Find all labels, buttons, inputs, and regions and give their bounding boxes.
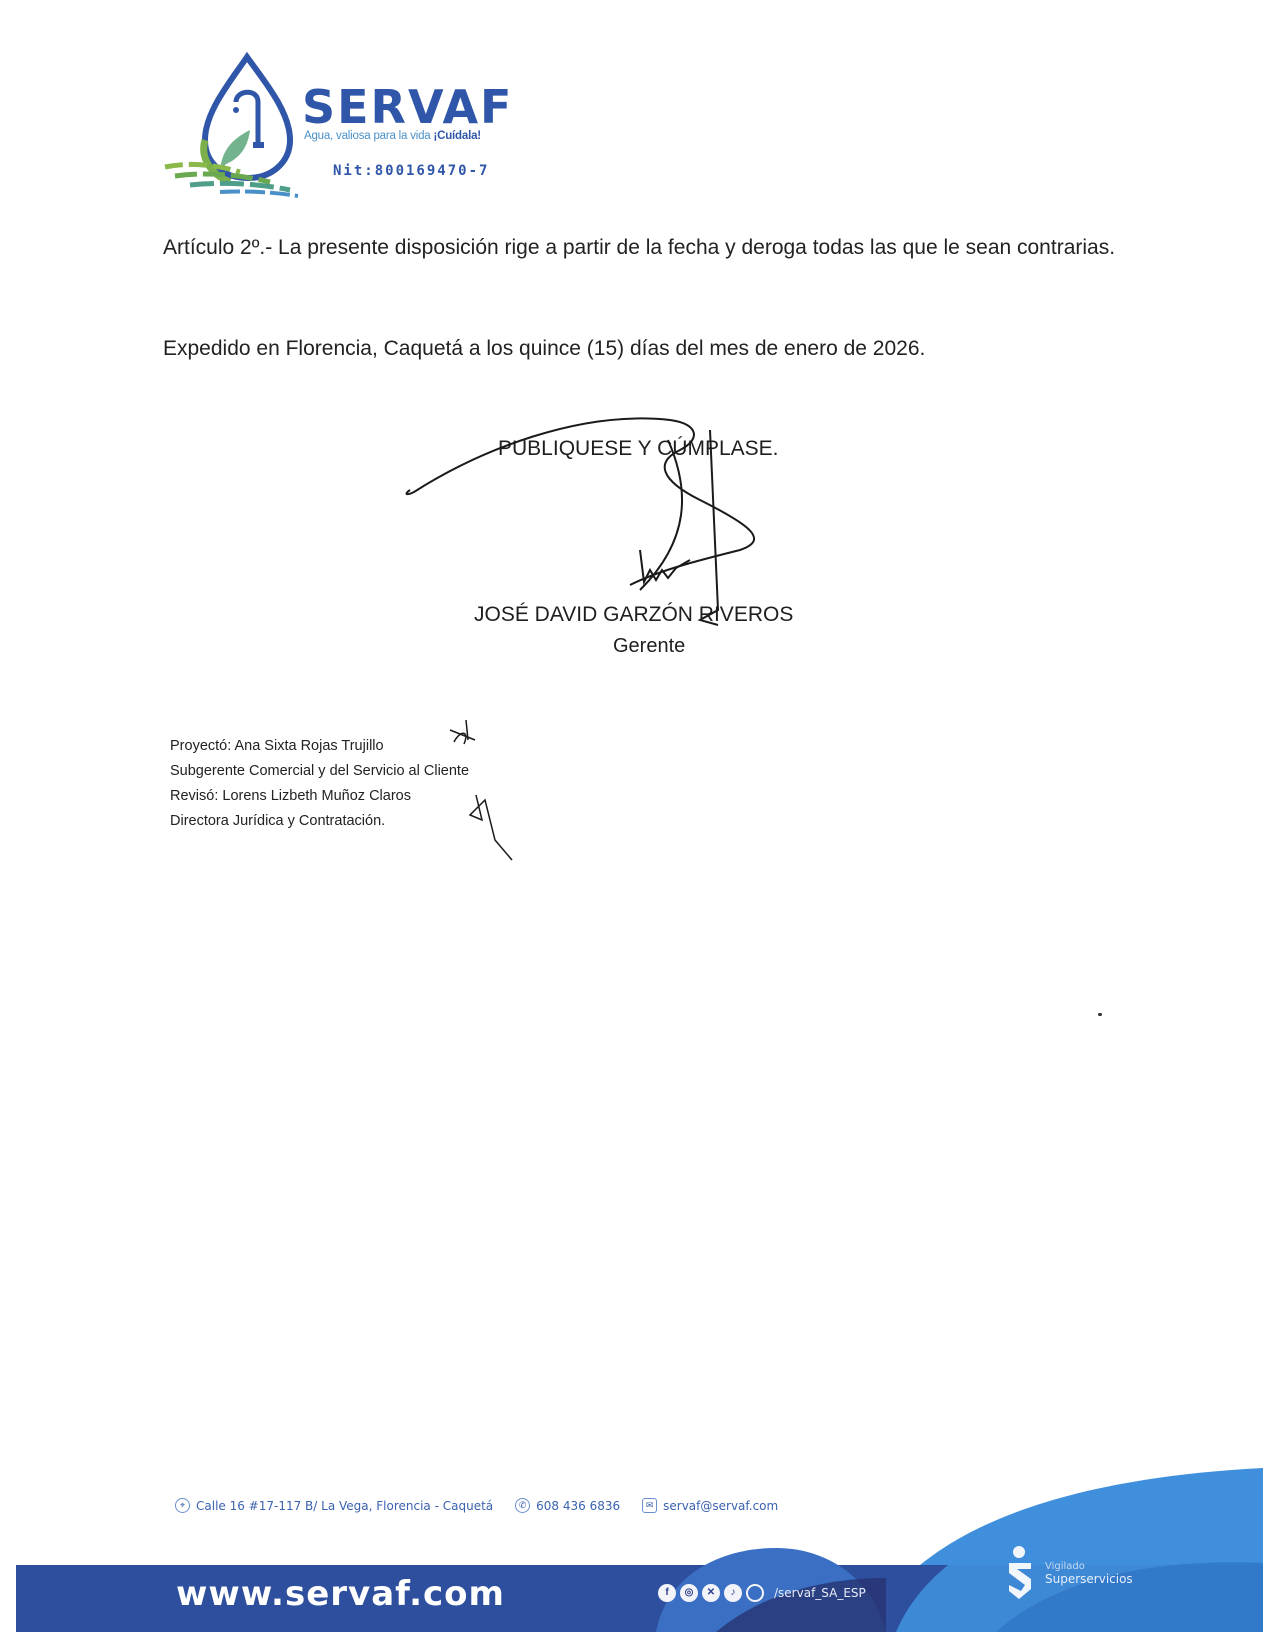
facebook-icon[interactable]: f bbox=[658, 1584, 676, 1602]
credit-line: Directora Jurídica y Contratación. bbox=[170, 809, 469, 834]
initials-scribble bbox=[440, 700, 540, 850]
footer-phone[interactable]: 608 436 6836 bbox=[536, 1499, 620, 1513]
footer-website-link[interactable]: www.servaf.com bbox=[176, 1574, 505, 1614]
youtube-icon[interactable] bbox=[746, 1584, 764, 1602]
brand-tagline: Agua, valiosa para la vida ¡Cuídala! bbox=[304, 130, 481, 142]
credit-line: Proyectó: Ana Sixta Rojas Trujillo bbox=[170, 734, 469, 759]
mail-icon: ✉ bbox=[642, 1498, 657, 1513]
credit-line: Revisó: Lorens Lizbeth Muñoz Claros bbox=[170, 784, 469, 809]
scan-speck bbox=[1098, 1013, 1102, 1016]
document-credits: Proyectó: Ana Sixta Rojas Trujillo Subge… bbox=[170, 734, 469, 834]
article-paragraph: Artículo 2º.- La presente disposición ri… bbox=[163, 230, 1163, 266]
footer-email[interactable]: servaf@servaf.com bbox=[663, 1499, 778, 1513]
vigilado-org: Superservicios bbox=[1045, 1573, 1133, 1586]
social-handle[interactable]: /servaf_SA_ESP bbox=[774, 1586, 866, 1600]
superservicios-logo-icon bbox=[1005, 1545, 1037, 1601]
location-pin-icon: ⌖ bbox=[175, 1498, 190, 1513]
instagram-icon[interactable]: ◎ bbox=[680, 1584, 698, 1602]
vigilado-superservicios-badge: Vigilado Superservicios bbox=[1005, 1545, 1133, 1601]
brand-name: SERVAF bbox=[302, 82, 513, 132]
issued-paragraph: Expedido en Florencia, Caquetá a los qui… bbox=[163, 331, 1163, 367]
tiktok-icon[interactable]: ♪ bbox=[724, 1584, 742, 1602]
footer-contact-line: ⌖ Calle 16 #17-117 B/ La Vega, Florencia… bbox=[175, 1498, 778, 1513]
footer-address: Calle 16 #17-117 B/ La Vega, Florencia -… bbox=[196, 1499, 493, 1513]
tagline-text: Agua, valiosa para la vida bbox=[304, 130, 434, 142]
signer-name: JOSÉ DAVID GARZÓN RIVEROS bbox=[474, 603, 793, 627]
footer-social-links: f ◎ ✕ ♪ /servaf_SA_ESP bbox=[658, 1584, 866, 1602]
tagline-emphasis: ¡Cuídala! bbox=[434, 130, 481, 142]
credit-line: Subgerente Comercial y del Servicio al C… bbox=[170, 759, 469, 784]
water-drop-icon bbox=[205, 57, 290, 178]
vigilado-label: Vigilado bbox=[1045, 1560, 1133, 1573]
x-icon[interactable]: ✕ bbox=[702, 1584, 720, 1602]
company-nit: Nit:800169470-7 bbox=[333, 163, 489, 179]
signer-title: Gerente bbox=[613, 635, 685, 658]
leaf-icon bbox=[220, 130, 250, 170]
phone-icon: ✆ bbox=[515, 1498, 530, 1513]
